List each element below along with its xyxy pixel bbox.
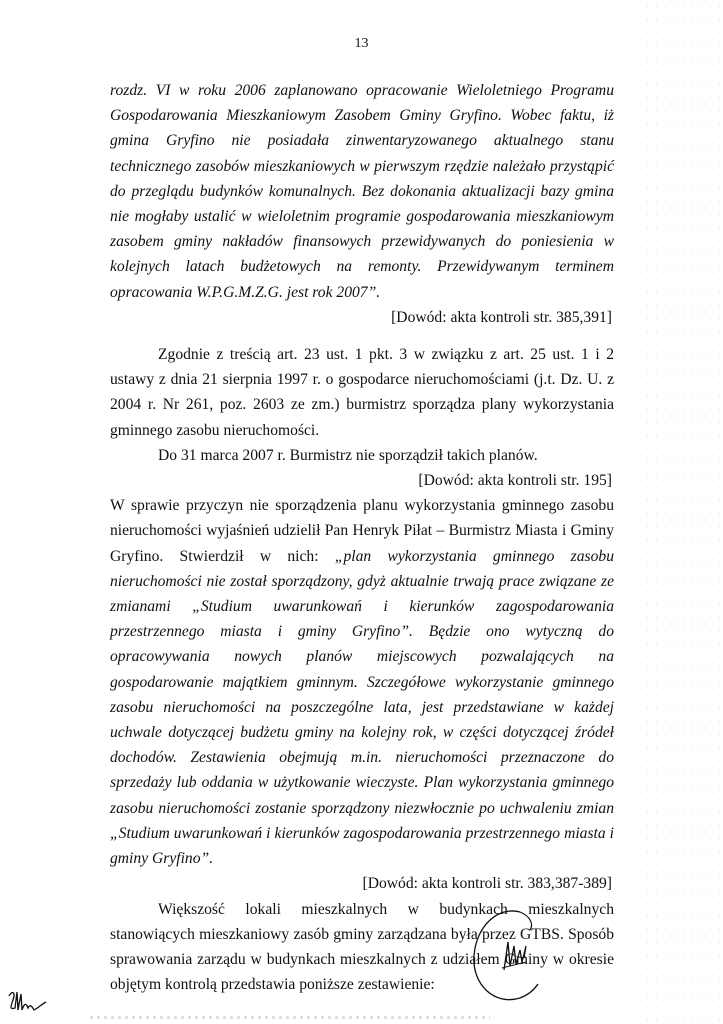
document-body: rozdz. VI w roku 2006 zaplanowano opraco… bbox=[110, 78, 614, 997]
paragraph-finding: Do 31 marca 2007 r. Burmistrz nie sporzą… bbox=[110, 443, 614, 468]
evidence-reference: [Dowód: akta kontroli str. 383,387-389] bbox=[110, 871, 614, 896]
signature-initials-bottom-left bbox=[6, 988, 50, 1018]
explanation-quote: „plan wykorzystania gminnego zasobu nier… bbox=[110, 548, 614, 867]
evidence-reference: [Dowód: akta kontroli str. 385,391] bbox=[110, 305, 614, 330]
paragraph-legal-basis: Zgodnie z treścią art. 23 ust. 1 pkt. 3 … bbox=[110, 342, 614, 443]
paragraph-quote-continuation: rozdz. VI w roku 2006 zaplanowano opraco… bbox=[110, 78, 614, 305]
paragraph-explanation: W sprawie przyczyn nie sporządzenia plan… bbox=[110, 493, 614, 871]
page-number: 13 bbox=[0, 36, 723, 52]
signature-circled bbox=[468, 906, 548, 1006]
evidence-reference: [Dowód: akta kontroli str. 195] bbox=[110, 468, 614, 493]
scan-edge-artifact bbox=[90, 1016, 490, 1019]
scan-noise bbox=[643, 0, 723, 1024]
